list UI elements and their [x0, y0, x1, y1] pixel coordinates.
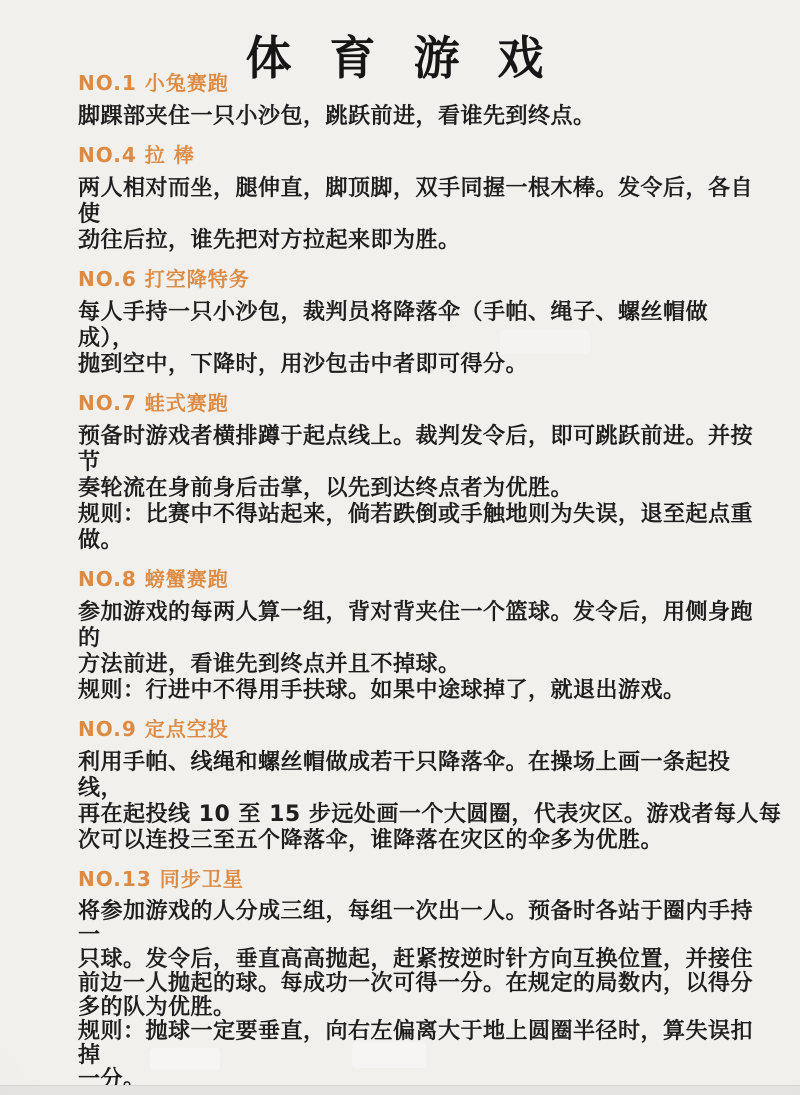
game-section-no1: NO.1 小兔赛跑 脚踝部夹住一只小沙包，跳跃前进，看谁先到终点。 — [78, 70, 742, 130]
body-line: 使 — [78, 202, 742, 228]
body-line: 脚踝部夹住一只小沙包，跳跃前进，看谁先到终点。 — [78, 104, 742, 130]
section-heading: NO.6 打空降特务 — [78, 266, 742, 292]
body-line: 前边一人抛起的球。每成功一次可得一分。在规定的局数内，以得分 — [78, 972, 742, 996]
game-section-no6: NO.6 打空降特务 每人手持一只小沙包，裁判员将降落伞（手帕、绳子、螺丝帽做 … — [78, 266, 742, 378]
body-line: 只球。发令后，垂直高高抛起，赶紧按逆时针方向互换位置，并接住 — [78, 948, 742, 972]
photo-bottom-edge — [0, 1085, 800, 1095]
body-line: 方法前进，看谁先到终点并且不掉球。 — [78, 652, 742, 678]
section-heading: NO.8 螃蟹赛跑 — [78, 566, 742, 592]
body-line: 次可以连投三至五个降落伞，谁降落在灾区的伞多为优胜。 — [78, 828, 742, 854]
game-section-no9: NO.9 定点空投 利用手帕、线绳和螺丝帽做成若干只降落伞。在操场上画一条起投 … — [78, 716, 742, 854]
document-page: 体 育 游 戏 NO.1 小兔赛跑 脚踝部夹住一只小沙包，跳跃前进，看谁先到终点… — [0, 0, 800, 1095]
body-line: 规则：比赛中不得站起来，倘若跌倒或手触地则为失误，退至起点重 — [78, 502, 742, 528]
body-line: 线， — [78, 776, 742, 802]
body-line: 再在起投线 10 至 15 步远处画一个大圆圈，代表灾区。游戏者每人每 — [78, 802, 742, 828]
body-line: 参加游戏的每两人算一组，背对背夹住一个篮球。发令后，用侧身跑 — [78, 600, 742, 626]
section-heading: NO.7 蛙式赛跑 — [78, 390, 742, 416]
body-line: 每人手持一只小沙包，裁判员将降落伞（手帕、绳子、螺丝帽做 — [78, 300, 742, 326]
body-line: 节 — [78, 450, 742, 476]
body-line: 规则：抛球一定要垂直，向右左偏离大于地上圆圈半径时，算失误扣 — [78, 1020, 742, 1044]
body-line: 做。 — [78, 528, 742, 554]
game-section-no13: NO.13 同步卫星 将参加游戏的人分成三组，每组一次出一人。预备时各站于圈内手… — [78, 866, 742, 1092]
section-heading: NO.4 拉 棒 — [78, 142, 742, 168]
section-heading: NO.9 定点空投 — [78, 716, 742, 742]
body-line: 奏轮流在身前身后击掌，以先到达终点者为优胜。 — [78, 476, 742, 502]
body-line: 多的队为优胜。 — [78, 996, 742, 1020]
document-body: NO.1 小兔赛跑 脚踝部夹住一只小沙包，跳跃前进，看谁先到终点。 NO.4 拉… — [0, 0, 800, 1092]
body-line: 掉 — [78, 1044, 742, 1068]
body-line: 利用手帕、线绳和螺丝帽做成若干只降落伞。在操场上画一条起投 — [78, 750, 742, 776]
game-section-no8: NO.8 螃蟹赛跑 参加游戏的每两人算一组，背对背夹住一个篮球。发令后，用侧身跑… — [78, 566, 742, 704]
body-line: 规则：行进中不得用手扶球。如果中途球掉了，就退出游戏。 — [78, 678, 742, 704]
section-heading: NO.13 同步卫星 — [78, 866, 742, 892]
body-line: 两人相对而坐，腿伸直，脚顶脚，双手同握一根木棒。发令后，各自 — [78, 176, 742, 202]
body-line: 抛到空中，下降时，用沙包击中者即可得分。 — [78, 352, 742, 378]
game-section-no4: NO.4 拉 棒 两人相对而坐，腿伸直，脚顶脚，双手同握一根木棒。发令后，各自 … — [78, 142, 742, 254]
body-line: 的 — [78, 626, 742, 652]
body-line: 成）， — [78, 326, 742, 352]
section-heading: NO.1 小兔赛跑 — [78, 70, 742, 96]
body-line: 预备时游戏者横排蹲于起点线上。裁判发令后，即可跳跃前进。并按 — [78, 424, 742, 450]
body-line: 将参加游戏的人分成三组，每组一次出一人。预备时各站于圈内手持 — [78, 900, 742, 924]
game-section-no7: NO.7 蛙式赛跑 预备时游戏者横排蹲于起点线上。裁判发令后，即可跳跃前进。并按… — [78, 390, 742, 554]
body-line: 劲往后拉，谁先把对方拉起来即为胜。 — [78, 228, 742, 254]
body-line: 一 — [78, 924, 742, 948]
